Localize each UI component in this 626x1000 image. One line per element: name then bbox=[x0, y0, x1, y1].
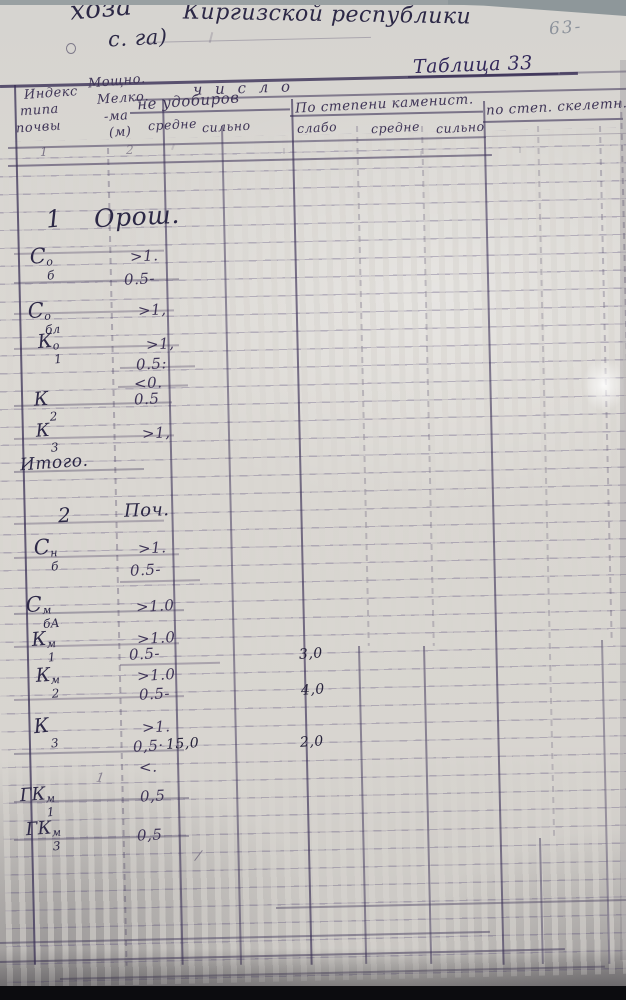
row-depth-value: 0.5- bbox=[130, 560, 162, 580]
row-label-sub: б bbox=[47, 272, 55, 280]
row-label: К3 bbox=[32, 712, 58, 747]
subheader-group1-medium: средне bbox=[148, 116, 198, 134]
row-label-sub: 1 bbox=[47, 809, 57, 817]
row-label: Ко1 bbox=[36, 329, 62, 362]
row-label: Км1 bbox=[31, 627, 57, 660]
row-label: К3 bbox=[35, 419, 59, 450]
header-index-line3: почвы bbox=[16, 118, 62, 136]
row-depth-value: 0.5 bbox=[134, 389, 160, 408]
row-label-base: ГК bbox=[25, 817, 52, 840]
subheader-group2-medium: средне bbox=[371, 119, 421, 137]
row-label-base: С bbox=[27, 298, 45, 323]
row-label-base: ГК bbox=[19, 783, 46, 806]
row-data-value: 2,0 bbox=[299, 733, 324, 751]
row-label-sub: 1 bbox=[54, 356, 62, 364]
section2-number: 2 bbox=[57, 503, 71, 528]
header-index-line1: Индекс bbox=[24, 84, 79, 103]
header-depth-line1: Мощно. bbox=[87, 72, 146, 92]
row-depth-value: >1, bbox=[142, 423, 171, 442]
header-group3: по степ. скелетн. bbox=[486, 95, 626, 118]
section1-number: 1 bbox=[45, 204, 63, 233]
row-depth-value: 0.5- bbox=[139, 684, 171, 704]
row-label-sub: 3 bbox=[51, 444, 59, 452]
row-depth-value: 0.5- bbox=[129, 644, 161, 664]
circle-mark bbox=[66, 43, 76, 54]
row-depth-value: 0,5· bbox=[133, 736, 165, 756]
ruled-lines bbox=[0, 126, 626, 988]
row-label: ГКм1 bbox=[19, 783, 56, 816]
numrow-speck-3 bbox=[420, 151, 422, 156]
row-label-sub: 1 bbox=[48, 654, 58, 662]
photo-bottom-shadow bbox=[0, 948, 626, 988]
subheader-group1-strong: сильно bbox=[202, 118, 251, 136]
scanned-document-photo: хоза Киргизской республики с. га) 63- Та… bbox=[0, 0, 626, 1000]
row-label-base: С bbox=[29, 244, 47, 269]
row-label-sup bbox=[49, 407, 57, 408]
row-depth-value: >1. bbox=[142, 717, 171, 736]
column-number-2: 2 bbox=[126, 143, 134, 157]
numrow-speck-4 bbox=[519, 147, 521, 153]
header-depth-line3: -ма bbox=[104, 108, 129, 125]
row-label: ГКм3 bbox=[25, 817, 62, 850]
row-label-sub: 3 bbox=[51, 740, 59, 748]
row-label-sup bbox=[50, 734, 58, 735]
row-label-base: К bbox=[33, 388, 49, 411]
group3-underline bbox=[483, 118, 623, 123]
row-label-sup: м bbox=[52, 830, 62, 837]
subtitle: с. га) bbox=[107, 24, 168, 51]
row-label-base: К bbox=[35, 664, 51, 687]
column-number-1: 1 bbox=[40, 145, 48, 159]
numrow-speck-2 bbox=[283, 148, 285, 154]
page-right-edge bbox=[620, 60, 626, 960]
row-label: СмбА bbox=[25, 591, 60, 626]
row-label-sup: о bbox=[46, 259, 54, 266]
row-label: Соб bbox=[29, 243, 55, 278]
row-label-base: К bbox=[31, 628, 48, 651]
row-label: Собл bbox=[27, 297, 60, 332]
table-top-border-faint bbox=[560, 71, 626, 74]
row-label-sup: м bbox=[51, 677, 61, 684]
subheader-group2-weak: слабо bbox=[297, 119, 338, 136]
row-depth-value: <. bbox=[139, 758, 158, 777]
paper-page: хоза Киргизской республики с. га) 63- Та… bbox=[0, 0, 626, 990]
header-depth-line4: (м) bbox=[109, 124, 132, 141]
row-label-sub: 3 bbox=[53, 843, 63, 851]
subheader-group2-strong: сильно bbox=[436, 119, 485, 137]
header-index-line2: типа bbox=[20, 102, 60, 120]
row-depth-value: >1.0 bbox=[136, 596, 175, 616]
row-label: Км2 bbox=[35, 663, 61, 696]
row-label-sub: б bbox=[51, 563, 59, 571]
row-depth-value: >1.0 bbox=[137, 665, 176, 685]
row-depth-value: 0,5 bbox=[140, 786, 166, 805]
section2-title: Поч. bbox=[124, 499, 170, 522]
row-data-value: 3,0 bbox=[298, 645, 323, 663]
row-depth-value: 0.5: bbox=[136, 354, 168, 374]
title-flourish-line bbox=[143, 37, 371, 43]
row-label-base: К bbox=[32, 713, 50, 738]
row-label-sup: о bbox=[44, 313, 59, 321]
photo-bottom-edge bbox=[0, 986, 626, 1000]
row-data-value: 4,0 bbox=[300, 681, 325, 699]
section1-title: Орош. bbox=[93, 200, 180, 233]
row-label: Снб bbox=[33, 534, 59, 569]
page-number: 63- bbox=[548, 17, 583, 40]
row-label-sub: 2 bbox=[51, 690, 61, 698]
row-label-base: К bbox=[36, 330, 53, 353]
